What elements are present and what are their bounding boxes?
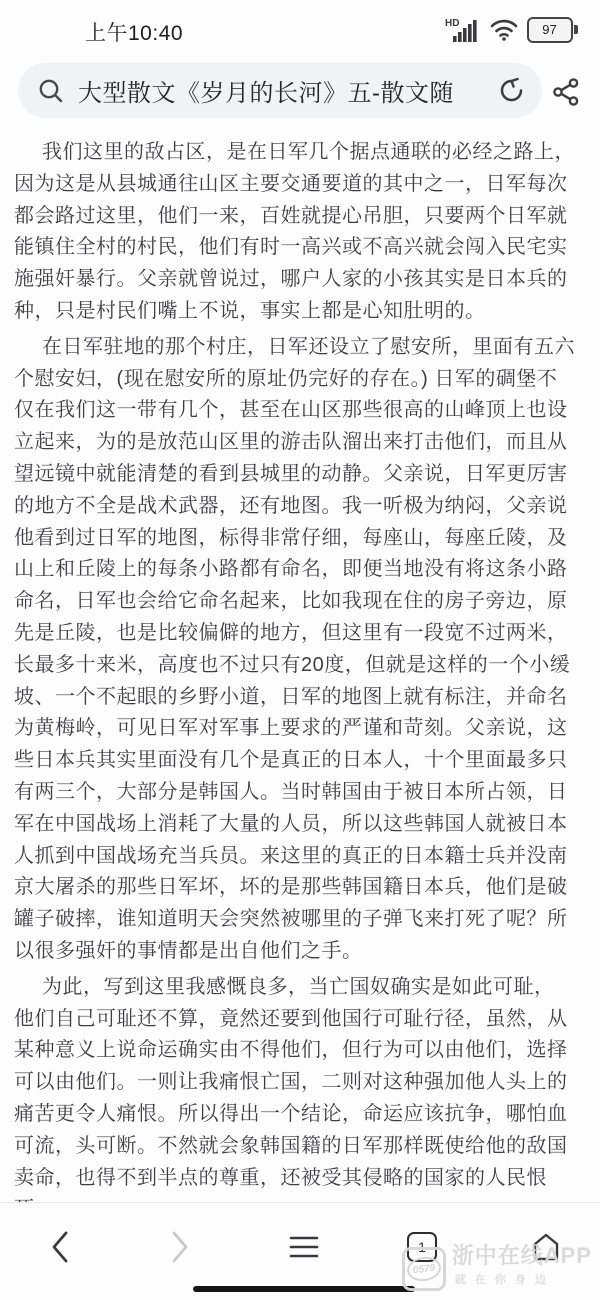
browser-header: 大型散文《岁月的长河》五-散文随 xyxy=(0,58,600,124)
paragraph: 为此，写到这里我感慨良多，当亡国奴确实是如此可耻，他们自己可耻还不算，竟然还要到… xyxy=(14,972,586,1202)
text-line: 望远镜中就能清楚的看到县城里的动静。父亲说，日军更厉害 xyxy=(14,459,586,491)
text-line: 有两三个，大部分是韩国人。当时韩国由于被日本所占领，日 xyxy=(14,777,586,809)
share-icon xyxy=(550,76,582,108)
text-line: 他看到过日军的地图，标得非常仔细，每座山，每座丘陵，及 xyxy=(14,523,586,555)
text-line: 因为这是从县城通往山区主要交通要道的其中之一，日军每次 xyxy=(14,169,586,201)
text-line: 都会路过这里，他们一来，百姓就提心吊胆，只要两个日军就 xyxy=(14,201,586,233)
text-line: 山上和丘陵上的每条小路都有命名，即便当地没有将这条小路 xyxy=(14,554,586,586)
wifi-icon xyxy=(490,18,518,42)
address-bar-title[interactable]: 大型散文《岁月的长河》五-散文随 xyxy=(78,73,460,108)
text-line: 军在中国战场上消耗了大量的人员，所以这些韩国人就被日本 xyxy=(14,809,586,841)
battery-percent: 97 xyxy=(542,22,556,37)
clock-time: 上午10:40 xyxy=(85,17,183,47)
text-line: 命名，日军也会给它命名起来，比如我现在住的房子旁边，原 xyxy=(14,586,586,618)
text-line: 可以由他们。一则让我痛恨亡国，二则对这种强加他人头上的 xyxy=(14,1067,586,1099)
text-line: 种，只是村民们嘴上不说，事实上都是心知肚明的。 xyxy=(14,296,586,328)
text-line: 为黄梅岭，可见日军对军事上要求的严谨和苛刻。父亲说，这 xyxy=(14,713,586,745)
watermark-title: 浙中在线APP xyxy=(452,1244,592,1268)
text-line: 在日军驻地的那个村庄，日军还设立了慰安所，里面有五六 xyxy=(14,332,586,364)
text-line: 人抓到中国战场充当兵员。来这里的真正的日本籍士兵并没南 xyxy=(14,841,586,873)
text-line: 他们自己可耻还不算，竟然还要到他国行可耻行径，虽然，从 xyxy=(14,1004,586,1036)
text-line: 为此，写到这里我感慨良多，当亡国奴确实是如此可耻， xyxy=(14,972,586,1004)
address-bar[interactable]: 大型散文《岁月的长河》五-散文随 xyxy=(18,63,542,118)
home-indicator-handle[interactable] xyxy=(193,1286,415,1292)
text-line: 施强奸暴行。父亲就曾说过，哪户人家的小孩其实是日本兵的 xyxy=(14,264,586,296)
back-button[interactable] xyxy=(36,1223,84,1271)
share-button[interactable] xyxy=(546,72,586,112)
text-line: 可流，头可断。不然就会象韩国籍的日军那样既使给他的敌国 xyxy=(14,1131,586,1163)
text-line: 仅在我们这一带有几个，甚至在山区那些很高的山峰顶上也设 xyxy=(14,395,586,427)
text-line: 立起来，为的是放范山区里的游击队溜出来打击他们，而且从 xyxy=(14,427,586,459)
text-line: 先是丘陵，也是比较偏僻的地方，但这里有一段宽不过两米， xyxy=(14,618,586,650)
text-line: 能镇住全村的村民，他们有时一高兴或不高兴就会闯入民宅实 xyxy=(14,232,586,264)
refresh-icon[interactable] xyxy=(497,76,526,105)
forward-button[interactable] xyxy=(156,1223,204,1271)
watermark-logo-text: 0579 xyxy=(412,1262,436,1276)
status-bar: 上午10:40 HD 97 xyxy=(0,0,600,58)
back-icon xyxy=(49,1230,71,1264)
text-line: 以很多强奸的事情都是出自他们之手。 xyxy=(14,936,586,968)
text-line: 罐子破摔，谁知道明天会突然被哪里的子弹飞来打死了呢？所 xyxy=(14,904,586,936)
text-line: 某种意义上说命运确实由不得他们，但行为可以由他们，选择 xyxy=(14,1035,586,1067)
forward-icon xyxy=(169,1230,191,1264)
text-line: 京大屠杀的那些日军坏，坏的是那些韩国籍日本兵，他们是破 xyxy=(14,872,586,904)
menu-icon xyxy=(289,1234,319,1260)
paragraph: 我们这里的敌占区，是在日军几个据点通联的必经之路上，因为这是从县城通往山区主要交… xyxy=(14,137,586,328)
battery-icon: 97 xyxy=(527,17,579,43)
cellular-signal-icon: HD xyxy=(445,16,481,43)
article: 我们这里的敌占区，是在日军几个据点通联的必经之路上，因为这是从县城通往山区主要交… xyxy=(0,124,600,1202)
search-icon xyxy=(37,77,64,104)
text-line: 些日本兵其实里面没有几个是真正的日本人，十个里面最多只 xyxy=(14,745,586,777)
watermark-subtitle: 就在你身边 xyxy=(452,1271,592,1287)
watermark-logo: 0579 xyxy=(402,1247,446,1291)
text-line: 的地方不全是战术武器，还有地图。我一听极为纳闷，父亲说 xyxy=(14,491,586,523)
text-line: 痛苦更令人痛恨。所以得出一个结论，命运应该抗争，哪怕血 xyxy=(14,1099,586,1131)
text-line: 死 xyxy=(14,1194,586,1202)
text-line: 长最多十来米，高度也不过只有20度，但就是这样的一个小缓 xyxy=(14,650,586,682)
text-line: 坡、一个不起眼的乡野小道，日军的地图上就有标注，并命名 xyxy=(14,682,586,714)
text-line: 卖命，也得不到半点的尊重，还被受其侵略的国家的人民恨 xyxy=(14,1163,586,1195)
menu-button[interactable] xyxy=(280,1223,328,1271)
text-line: 我们这里的敌占区，是在日军几个据点通联的必经之路上， xyxy=(14,137,586,169)
paragraph: 在日军驻地的那个村庄，日军还设立了慰安所，里面有五六个慰安妇，(现在慰安所的原址… xyxy=(14,332,586,968)
hd-label: HD xyxy=(445,18,459,29)
text-line: 个慰安妇，(现在慰安所的原址仍完好的存在。) 日军的碉堡不 xyxy=(14,364,586,396)
app-watermark: 0579 浙中在线APP 就在你身边 xyxy=(402,1244,592,1291)
